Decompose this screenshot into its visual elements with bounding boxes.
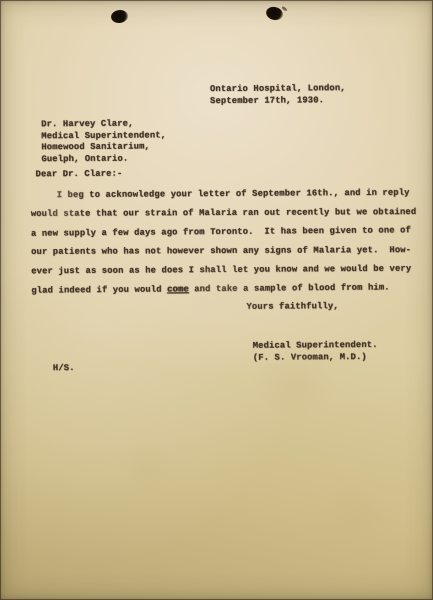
typist-initials: H/S.: [53, 363, 75, 373]
overtyped-word: come: [167, 284, 189, 294]
body-line-last: glad indeed if you would come and take a…: [31, 278, 417, 300]
signature-title: Medical Superintendent.: [253, 339, 378, 352]
recipient-name: Dr. Harvey Clare,: [41, 118, 166, 130]
letter-photo: Ontario Hospital, London, September 17th…: [0, 0, 433, 600]
body-last-before: glad indeed if you would: [31, 284, 167, 295]
recipient-city: Guelph, Ontario.: [41, 153, 166, 165]
salutation: Dear Dr. Clare:-: [36, 169, 123, 180]
letter-text: Ontario Hospital, London, September 17th…: [0, 0, 433, 600]
signature-name: (F. S. Vrooman, M.D.): [253, 351, 378, 364]
dateline: Ontario Hospital, London, September 17th…: [210, 82, 346, 107]
paper-sheet: Ontario Hospital, London, September 17th…: [0, 0, 433, 600]
body-line: I beg to acknowledge your letter of Sept…: [31, 184, 417, 206]
dateline-hospital: Ontario Hospital, London,: [210, 82, 346, 95]
dateline-date: September 17th, 1930.: [210, 94, 346, 107]
body-last-after: and take a sample of blood from him.: [189, 282, 390, 294]
recipient-address: Dr. Harvey Clare, Medical Superintendent…: [41, 118, 166, 165]
closing: Yours faithfully,: [246, 301, 338, 312]
recipient-institution: Homewood Sanitarium,: [41, 142, 166, 154]
signature-block: Medical Superintendent. (F. S. Vrooman, …: [253, 339, 378, 364]
body-line: our patients who has not however shown a…: [31, 241, 417, 262]
letter-body: I beg to acknowledge your letter of Sept…: [31, 184, 417, 301]
